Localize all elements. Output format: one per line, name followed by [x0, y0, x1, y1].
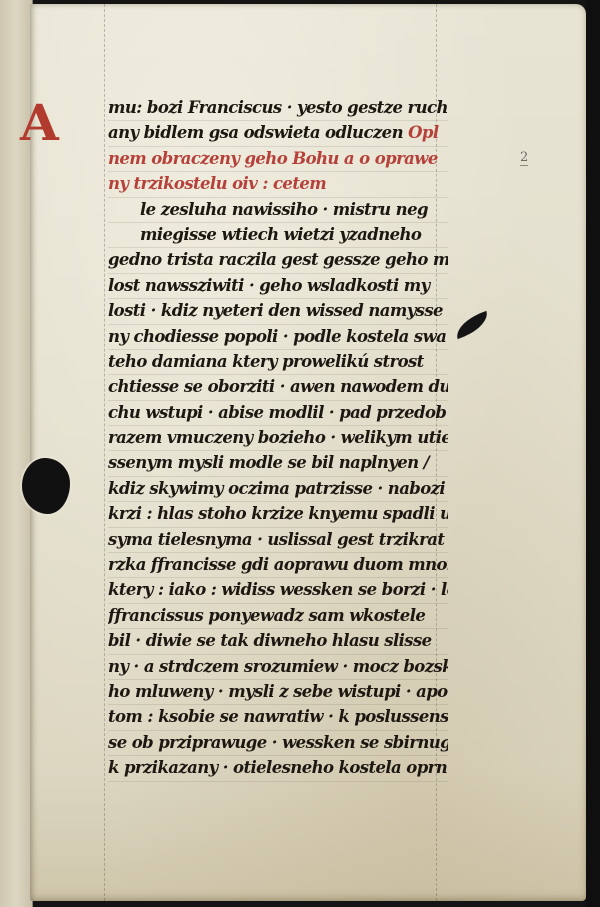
body-text: mu: bozi [108, 98, 188, 117]
rubric-text: Opl [408, 123, 438, 142]
rubric-text: ny trzikostelu oiv : cetem [108, 174, 326, 193]
manuscript-line: tom : ksobie se nawratiw · k poslussenst… [108, 705, 448, 730]
manuscript-line: le zesluha nawissiho · mistru neg [108, 198, 448, 223]
body-text: ffrancissus ponyewadz sam wkostele [108, 606, 425, 625]
body-text: tom : ksobie se nawratiw · k poslussenst… [108, 707, 448, 726]
folio-number: 2 [520, 150, 528, 166]
body-text: losti · kdiz nyeteri den wissed namysse [108, 301, 443, 320]
manuscript-line: se ob prziprawuge · wessken se sbirnuge [108, 731, 448, 756]
manuscript-line: ho mluweny · mysli z sebe wistupi · apo [108, 680, 448, 705]
manuscript-line: chtiesse se oborziti · awen nawodem du [108, 375, 448, 400]
manuscript-line: losti · kdiz nyeteri den wissed namysse [108, 299, 448, 324]
manuscript-line: bil · diwie se tak diwneho hlasu slisse [108, 629, 448, 654]
body-text: rzka ffrancisse gdi aoprawu duom mnoi [108, 555, 448, 574]
manuscript-text-block: mu: bozi Franciscus · yesto gestze ruche… [108, 96, 448, 782]
body-text: le zesluha nawissiho · mistru neg [140, 200, 428, 219]
body-text: ny chodiesse popoli · podle kostela swa [108, 327, 446, 346]
manuscript-line: krzi : hlas stoho krzize knyemu spadli u… [108, 502, 448, 527]
body-text: syma tielesnyma · uslissal gest trzikrat [108, 530, 444, 549]
body-text: lost nawssziwiti · geho wsladkosti my [108, 276, 430, 295]
ruling-line-left [104, 4, 105, 901]
manuscript-line: lost nawssziwiti · geho wsladkosti my [108, 274, 448, 299]
manuscript-line: ffrancissus ponyewadz sam wkostele [108, 604, 448, 629]
scan-edge [586, 0, 600, 907]
manuscript-line: razem vmuczeny bozieho · welikym utie [108, 426, 448, 451]
manuscript-leaf: 2 A mu: bozi Franciscus · yesto gestze r… [30, 4, 586, 901]
manuscript-line: teho damiana ktery prowelikú strost [108, 350, 448, 375]
body-text: kdiz skywimy oczima patrzisse · nabozi [108, 479, 445, 498]
manuscript-line: ny · a strdczem srozumiew · mocz bozske [108, 655, 448, 680]
body-text: teho damiana ktery prowelikú strost [108, 352, 424, 371]
parchment-hole [22, 458, 70, 514]
rubric-text: nem obraczeny geho Bohu a o oprawe [108, 149, 438, 168]
body-text: bil · diwie se tak diwneho hlasu slisse [108, 631, 432, 650]
scan-background: 2 A mu: bozi Franciscus · yesto gestze r… [0, 0, 600, 907]
body-text: miegisse wtiech wietzi yzadneho [140, 225, 421, 244]
manuscript-line: mu: bozi Franciscus · yesto gestze ruche… [108, 96, 448, 121]
manuscript-line: syma tielesnyma · uslissal gest trzikrat [108, 528, 448, 553]
manuscript-line: ssenym mysli modle se bil naplnyen / [108, 451, 448, 476]
body-text: ssenym mysli modle se bil naplnyen / [108, 453, 429, 472]
manuscript-line: miegisse wtiech wietzi yzadneho [108, 223, 448, 248]
manuscript-line: ktery : iako : widiss wessken se borzi ·… [108, 578, 448, 603]
manuscript-line: ny chodiesse popoli · podle kostela swa [108, 325, 448, 350]
body-text: ktery : iako : widiss wessken se borzi ·… [108, 580, 448, 599]
parchment-hole [452, 311, 492, 339]
manuscript-line: chu wstupi · abise modlil · pad przedob [108, 401, 448, 426]
body-text: chu wstupi · abise modlil · pad przedob [108, 403, 446, 422]
manuscript-line: nem obraczeny geho Bohu a o oprawe [108, 147, 448, 172]
manuscript-line: kdiz skywimy oczima patrzisse · nabozi [108, 477, 448, 502]
manuscript-line: k przikazany · otielesneho kostela oprn [108, 756, 448, 781]
manuscript-line: ny trzikostelu oiv : cetem [108, 172, 448, 197]
body-text: k przikazany · otielesneho kostela oprn [108, 758, 447, 777]
manuscript-line: gedno trista raczila gest gessze geho my [108, 248, 448, 273]
manuscript-line: any bidlem gsa odswieta odluczen Opl [108, 121, 448, 146]
manuscript-line: rzka ffrancisse gdi aoprawu duom mnoi [108, 553, 448, 578]
body-text: razem vmuczeny bozieho · welikym utie [108, 428, 448, 447]
body-text: ny · a strdczem srozumiew · mocz bozske [108, 657, 448, 676]
body-text: se ob prziprawuge · wessken se sbirnuge [108, 733, 448, 752]
body-text: · yesto gestze ruchem [282, 98, 448, 117]
body-text: gedno trista raczila gest gessze geho my [108, 250, 448, 269]
body-text: Franciscus [188, 98, 282, 117]
body-text: ho mluweny · mysli z sebe wistupi · apo [108, 682, 448, 701]
body-text: any bidlem gsa odswieta odluczen [108, 123, 408, 142]
body-text: chtiesse se oborziti · awen nawodem du [108, 377, 448, 396]
body-text: krzi : hlas stoho krzize knyemu spadli u… [108, 504, 448, 523]
decorated-initial: A [20, 98, 59, 148]
